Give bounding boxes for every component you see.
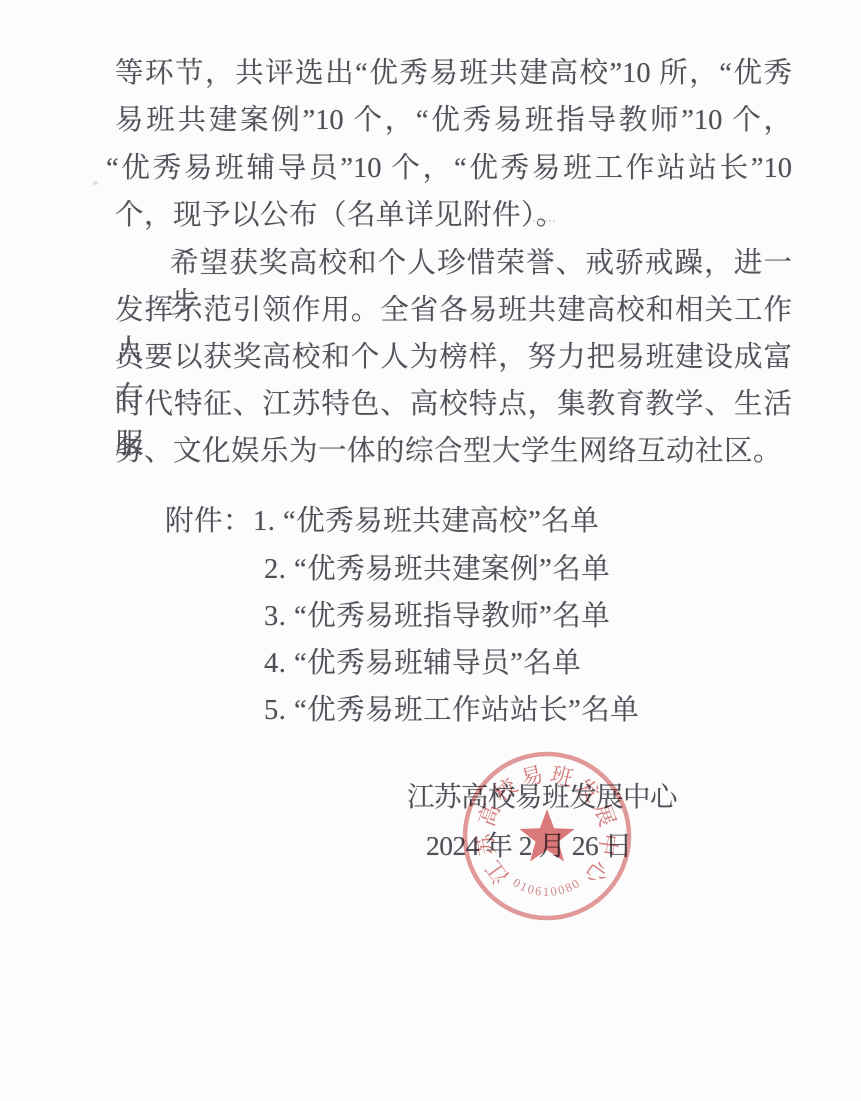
seal-star-icon — [519, 809, 574, 862]
official-seal: 江苏高校易班发展中心 3201061008058 — [427, 716, 667, 956]
svg-text:易: 易 — [518, 762, 545, 792]
document-page: 等环节，共评选出“优秀易班共建高校”10 所，“优秀 易班共建案例”10 个，“… — [0, 0, 861, 1101]
attachment-item: 3. “优秀易班指导教师”名单 — [264, 597, 610, 637]
svg-text:发: 发 — [572, 774, 605, 807]
svg-text:江: 江 — [481, 856, 514, 889]
attachments-label: 附件： — [165, 502, 252, 542]
svg-text:班: 班 — [548, 762, 575, 792]
svg-text:高: 高 — [474, 800, 505, 829]
svg-text:心: 心 — [580, 856, 614, 889]
svg-text:展: 展 — [589, 800, 620, 829]
svg-text:中: 中 — [594, 832, 622, 857]
attachment-item: 2. “优秀易班共建案例”名单 — [264, 550, 610, 590]
body-line: 等环节，共评选出“优秀易班共建高校”10 所，“优秀 — [115, 54, 792, 94]
body-line: 易班共建案例”10 个，“优秀易班指导教师”10 个， — [115, 101, 792, 141]
body-line: 个，现予以公布（名单详见附件）。 — [115, 196, 565, 236]
attachment-item: 1. “优秀易班共建高校”名单 — [253, 502, 599, 542]
scan-artifact — [93, 181, 98, 185]
svg-text:校: 校 — [489, 773, 523, 807]
body-line: “优秀易班辅导员”10 个，“优秀易班工作站站长”10 — [106, 149, 792, 189]
scan-artifact — [533, 220, 555, 222]
attachment-item: 4. “优秀易班辅导员”名单 — [264, 644, 581, 684]
body-line: 务、文化娱乐为一体的综合型大学生网络互动社区。 — [115, 432, 782, 472]
svg-text:苏: 苏 — [472, 831, 500, 857]
